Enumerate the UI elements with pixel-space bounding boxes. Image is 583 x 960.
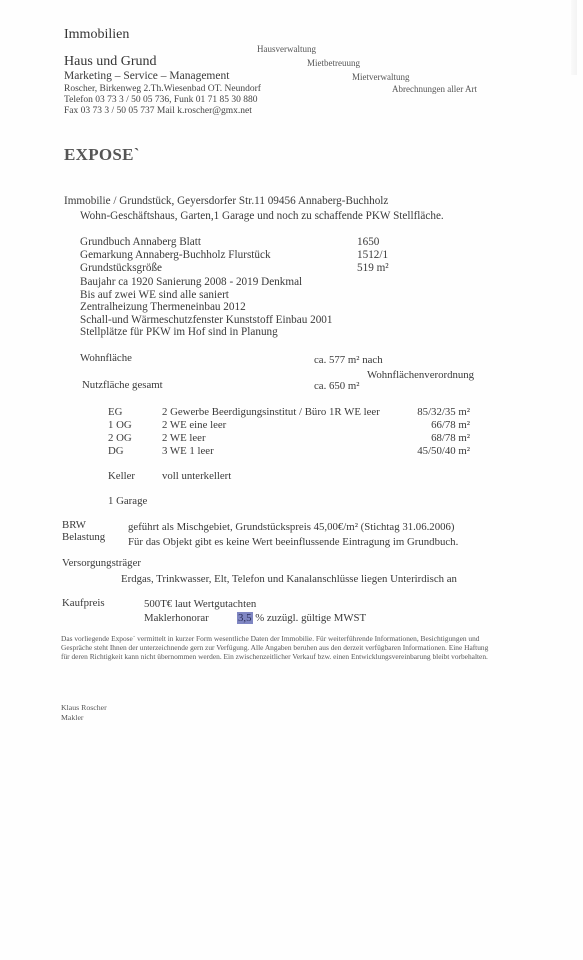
signature-role: Makler <box>61 713 84 722</box>
wohnflaeche-label: Wohnfläche <box>80 352 132 364</box>
fact-item: Stellplätze für PKW im Hof sind in Planu… <box>80 326 278 338</box>
kv-value: 1650 <box>357 236 379 248</box>
nutzflaeche-label: Nutzfläche gesamt <box>82 379 163 391</box>
floor-description: 2 Gewerbe Beerdigungsinstitut / Büro 1R … <box>162 406 380 418</box>
maklerhonorar-value: 3,5 % zuzügl. gültige MWST <box>237 612 366 624</box>
kv-value: 1512/1 <box>357 249 388 261</box>
garage-info: 1 Garage <box>108 495 147 507</box>
floor-sizes: 66/78 m² <box>431 419 470 431</box>
floor-name: EG <box>108 406 122 418</box>
letterhead-address: Roscher, Birkenweg 2.Th.Wiesenbad OT. Ne… <box>64 84 261 94</box>
kaufpreis-label: Kaufpreis <box>62 597 105 609</box>
floor-name: DG <box>108 445 124 457</box>
letterhead-tagline: Marketing – Service – Management <box>64 70 229 82</box>
fact-item: Schall-und Wärmeschutzfenster Kunststoff… <box>80 314 333 326</box>
kaufpreis-value: 500T€ laut Wertgutachten <box>144 598 256 610</box>
letterhead-company: Haus und Grund <box>64 54 157 70</box>
kv-value: 519 m² <box>357 262 389 274</box>
object-address: Immobilie / Grundstück, Geyersdorfer Str… <box>64 195 388 207</box>
floor-sizes: 85/32/35 m² <box>417 406 470 418</box>
letterhead-title: Immobilien <box>64 27 129 43</box>
kv-label: Grundbuch Annaberg Blatt <box>80 236 201 248</box>
object-description: Wohn-Geschäftshaus, Garten,1 Garage und … <box>80 210 444 222</box>
disclaimer-text: Das vorliegende Expose` vermittelt in ku… <box>61 635 491 662</box>
floor-sizes: 45/50/40 m² <box>417 445 470 457</box>
floor-sizes: 68/78 m² <box>431 432 470 444</box>
belastung-label: Belastung <box>62 531 105 543</box>
service-item: Mietverwaltung <box>352 72 410 82</box>
kv-label: Gemarkung Annaberg-Buchholz Flurstück <box>80 249 271 261</box>
signature-name: Klaus Roscher <box>61 703 107 712</box>
brw-label: BRW <box>62 519 86 531</box>
wohnflaeche-value: ca. 577 m² nach <box>314 354 383 366</box>
document-title: EXPOSE` <box>64 145 140 165</box>
fact-item: Bis auf zwei WE sind alle saniert <box>80 289 229 301</box>
scan-edge <box>571 0 577 75</box>
nutzflaeche-value: ca. 650 m² <box>314 380 360 392</box>
service-item: Abrechnungen aller Art <box>392 84 477 94</box>
keller-value: voll unterkellert <box>162 470 231 482</box>
document-page: Immobilien Haus und Grund Marketing – Se… <box>0 0 583 960</box>
belastung-value: Für das Objekt gibt es keine Wert beeinf… <box>128 536 458 548</box>
service-item: Hausverwaltung <box>257 44 316 54</box>
floor-description: 2 WE leer <box>162 432 206 444</box>
maklerhonorar-rate-highlight: 3,5 <box>237 612 253 624</box>
floor-description: 3 WE 1 leer <box>162 445 214 457</box>
maklerhonorar-suffix: % zuzügl. gültige MWST <box>253 612 367 624</box>
versorgung-label: Versorgungsträger <box>62 557 141 569</box>
wohnflaeche-note: Wohnflächenverordnung <box>367 369 474 381</box>
keller-label: Keller <box>108 470 135 482</box>
fact-item: Baujahr ca 1920 Sanierung 2008 - 2019 De… <box>80 276 302 288</box>
fact-item: Zentralheizung Thermeneinbau 2012 <box>80 301 246 313</box>
letterhead-fax: Fax 03 73 3 / 50 05 737 Mail k.roscher@g… <box>64 106 252 116</box>
kv-label: Grundstücksgröße <box>80 262 162 274</box>
floor-description: 2 WE eine leer <box>162 419 226 431</box>
service-item: Mietbetreuung <box>307 58 360 68</box>
brw-value: geführt als Mischgebiet, Grundstücksprei… <box>128 521 455 533</box>
floor-name: 2 OG <box>108 432 132 444</box>
versorgung-value: Erdgas, Trinkwasser, Elt, Telefon und Ka… <box>121 573 457 585</box>
floor-name: 1 OG <box>108 419 132 431</box>
letterhead-telefon: Telefon 03 73 3 / 50 05 736, Funk 01 71 … <box>64 95 258 105</box>
maklerhonorar-label: Maklerhonorar <box>144 612 209 624</box>
